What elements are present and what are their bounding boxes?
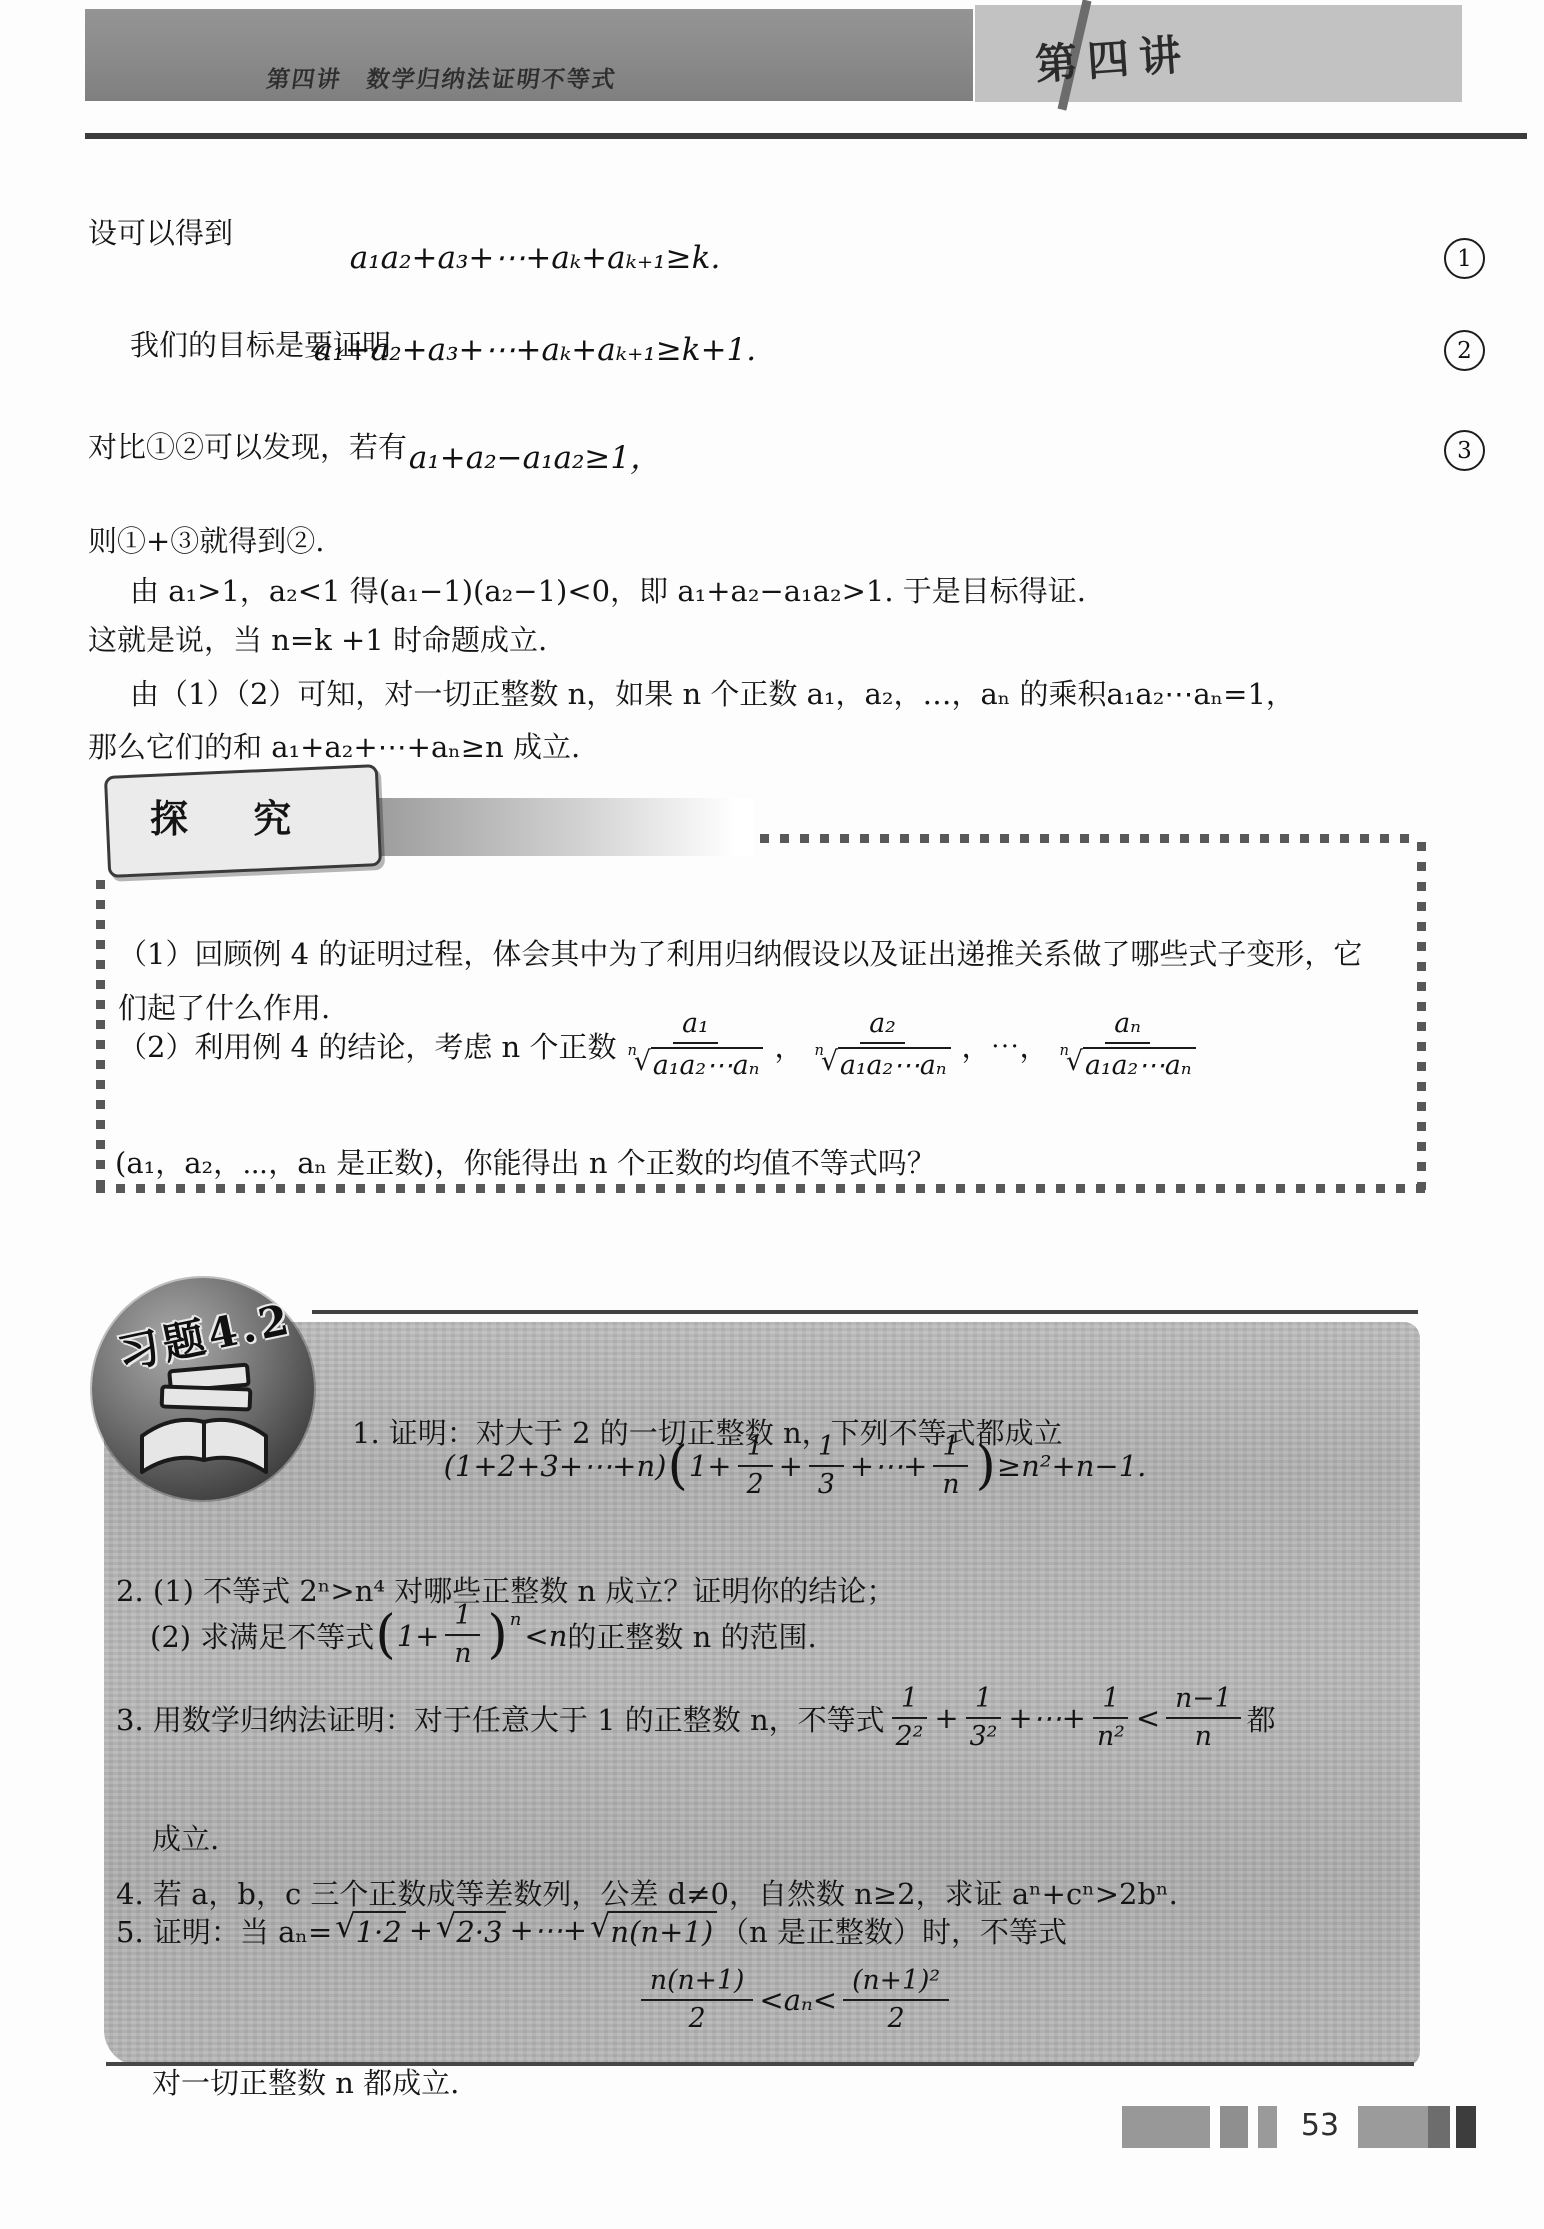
footer-block-3 xyxy=(1258,2106,1277,2148)
exercise-panel-top-rule xyxy=(312,1310,1418,1314)
explore-item-2-note: (a₁，a₂，⋯，aₙ 是正数)，你能得出 n 个正数的均值不等式吗？ xyxy=(115,1141,936,1182)
chapter-title: 第四讲 数学归纳法证明不等式 xyxy=(265,61,620,94)
explore-section-label: 探 究 xyxy=(150,788,317,843)
books-icon xyxy=(126,1362,282,1488)
chapter-corner-label: 第四讲 xyxy=(1001,19,1225,94)
equation-3: a₁+a₂−a₁a₂≥1， xyxy=(85,432,985,477)
equation-2: a₁+a₂+a₃+⋯+aₖ+aₖ₊₁≥k+1. xyxy=(85,332,985,368)
page-number: 53 xyxy=(1292,2108,1348,2143)
footer-block-5 xyxy=(1456,2106,1476,2148)
explore-item-2: （2）利用例 4 的结论，考虑 n 个正数a₁n√a₁a₂⋯aₙ，a₂n√a₁a… xyxy=(118,995,1207,1095)
footer-block-2 xyxy=(1220,2106,1248,2148)
exercise-5-line-2: 对一切正整数 n 都成立. xyxy=(152,2061,459,2102)
paragraph-then: 则①+③就得到②. xyxy=(88,519,325,560)
chapter-corner-box: 第四讲 xyxy=(975,5,1462,102)
chapter-header-band: 第四讲 数学归纳法证明不等式 xyxy=(85,9,973,101)
explore-scroll-icon: 探 究 xyxy=(98,762,398,878)
explore-box-border-right xyxy=(1417,842,1426,1190)
exercise-1-formula: (1+2+3+⋯+n)(1+12+13+⋯+1n)≥n²+n−1. xyxy=(290,1425,1300,1507)
equation-tag-3: 3 xyxy=(1444,430,1485,471)
footer-block-1 xyxy=(1122,2106,1210,2148)
paragraph-conclusion-step: 这就是说，当 n=k +1 时命题成立. xyxy=(88,618,547,659)
exercise-5-formula: n(n+1)2<aₙ<(n+1)²2 xyxy=(290,1950,1300,2050)
equation-tag-2: 2 xyxy=(1444,330,1485,371)
equation-tag-1: 1 xyxy=(1444,238,1485,279)
exercise-3-line-2: 成立. xyxy=(152,1817,219,1858)
footer-block-4 xyxy=(1358,2106,1450,2148)
paragraph-summary-1: 由（1）（2）可知，对一切正整数 n，如果 n 个正数 a₁，a₂，…，aₙ 的… xyxy=(130,672,1295,713)
paragraph-summary-2: 那么它们的和 a₁+a₂+⋯+aₙ≥n 成立. xyxy=(88,725,580,766)
explore-box-border-left xyxy=(96,880,105,1184)
header-underline xyxy=(85,133,1527,139)
paragraph-derivation: 由 a₁>1，a₂<1 得(a₁−1)(a₂−1)<0，即 a₁+a₂−a₁a₂… xyxy=(130,569,1086,610)
explore-box-border-bottom xyxy=(96,1184,1426,1193)
textbook-page: 第四讲 数学归纳法证明不等式 第四讲 设可以得到 a₁a₂+a₃+⋯+aₖ+aₖ… xyxy=(0,0,1544,2229)
exercise-badge: 习题4.2 xyxy=(92,1278,314,1500)
exercise-3-line-1: 3. 用数学归纳法证明：对于任意大于 1 的正整数 n，不等式12²+13²+⋯… xyxy=(116,1668,1276,1768)
equation-1: a₁a₂+a₃+⋯+aₖ+aₖ₊₁≥k. xyxy=(85,240,985,276)
